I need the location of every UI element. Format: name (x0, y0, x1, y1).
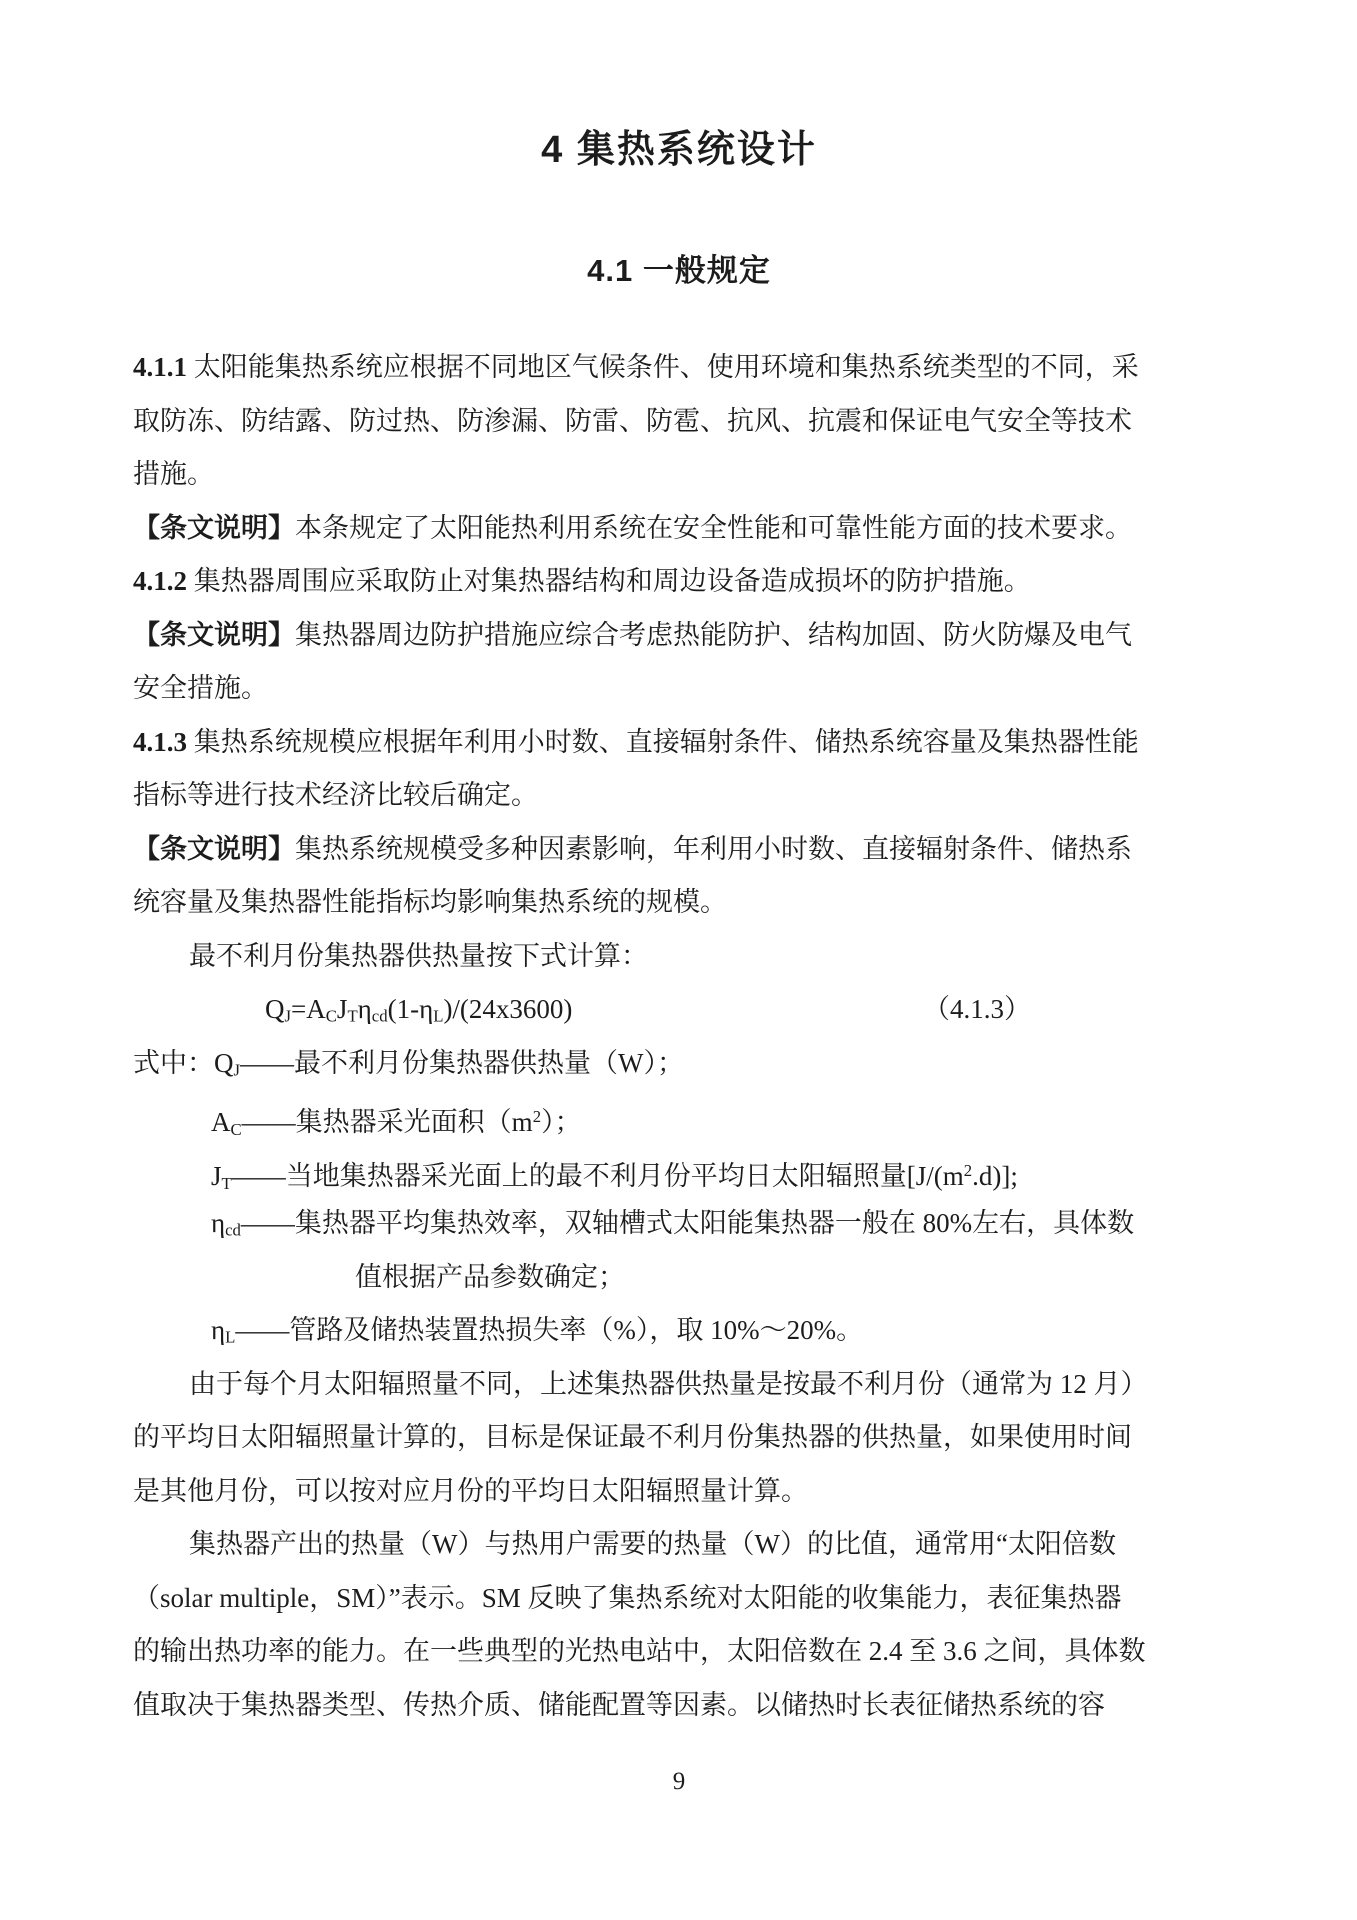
text-line: 式中：QJ——最不利月份集热器供热量（W）； (133, 1037, 1243, 1091)
text-line: 的输出热功率的能力。在一些典型的光热电站中，太阳倍数在 2.4 至 3.6 之间… (133, 1625, 1243, 1679)
text-line: 4.1.2 集热器周围应采取防止对集热器结构和周边设备造成损坏的防护措施。 (133, 555, 1243, 609)
text-line: 统容量及集热器性能指标均影响集热系统的规模。 (133, 876, 1243, 930)
text-line: 【条文说明】本条规定了太阳能热利用系统在安全性能和可靠性能方面的技术要求。 (133, 502, 1243, 556)
document-body: 4.1.1 太阳能集热系统应根据不同地区气候条件、使用环境和集热系统类型的不同，… (133, 341, 1243, 1732)
text-line: 4.1.3 集热系统规模应根据年利用小时数、直接辐射条件、储热系统容量及集热器性… (133, 716, 1243, 770)
chapter-title: 4 集热系统设计 (133, 128, 1225, 174)
equation-number: （4.1.3） (923, 983, 1031, 1037)
text-line: AC——集热器采光面积（m2）； (133, 1090, 1243, 1144)
text-line: 安全措施。 (133, 662, 1243, 716)
text-line: 最不利月份集热器供热量按下式计算： (133, 930, 1243, 984)
text-line: 由于每个月太阳辐照量不同，上述集热器供热量是按最不利月份（通常为 12 月） (133, 1358, 1243, 1412)
text-line: 4.1.1 太阳能集热系统应根据不同地区气候条件、使用环境和集热系统类型的不同，… (133, 341, 1243, 395)
text-line: ηL——管路及储热装置热损失率（%），取 10%～20%。 (133, 1304, 1243, 1358)
text-line: 取防冻、防结露、防过热、防渗漏、防雷、防雹、抗风、抗震和保证电气安全等技术 (133, 395, 1243, 449)
section-heading: 4.1 一般规定 (133, 252, 1225, 289)
text-line: 指标等进行技术经济比较后确定。 (133, 769, 1243, 823)
text-line: 【条文说明】集热器周边防护措施应综合考虑热能防护、结构加固、防火防爆及电气 (133, 609, 1243, 663)
text-line: 集热器产出的热量（W）与热用户需要的热量（W）的比值，通常用“太阳倍数 (133, 1518, 1243, 1572)
text-line: 的平均日太阳辐照量计算的，目标是保证最不利月份集热器的供热量，如果使用时间 (133, 1411, 1243, 1465)
text-line: 值取决于集热器类型、传热介质、储能配置等因素。以储热时长表征储热系统的容 (133, 1679, 1243, 1733)
text-line: （solar multiple，SM）”表示。SM 反映了集热系统对太阳能的收集… (133, 1572, 1243, 1626)
text-line: 值根据产品参数确定； (133, 1251, 1243, 1305)
text-line: ηcd——集热器平均集热效率，双轴槽式太阳能集热器一般在 80%左右，具体数 (133, 1197, 1243, 1251)
text-line: 【条文说明】集热系统规模受多种因素影响，年利用小时数、直接辐射条件、储热系 (133, 823, 1243, 877)
text-line: 是其他月份，可以按对应月份的平均日太阳辐照量计算。 (133, 1465, 1243, 1519)
page-number: 9 (133, 1768, 1225, 1796)
text-line: QJ=ACJTηcd(1-ηL)/(24x3600)（4.1.3） (133, 983, 1243, 1037)
document-page: 4 集热系统设计 4.1 一般规定 4.1.1 太阳能集热系统应根据不同地区气候… (0, 0, 1357, 1920)
text-line: 措施。 (133, 448, 1243, 502)
text-line: JT——当地集热器采光面上的最不利月份平均日太阳辐照量[J/(m2.d)]; (133, 1144, 1243, 1198)
